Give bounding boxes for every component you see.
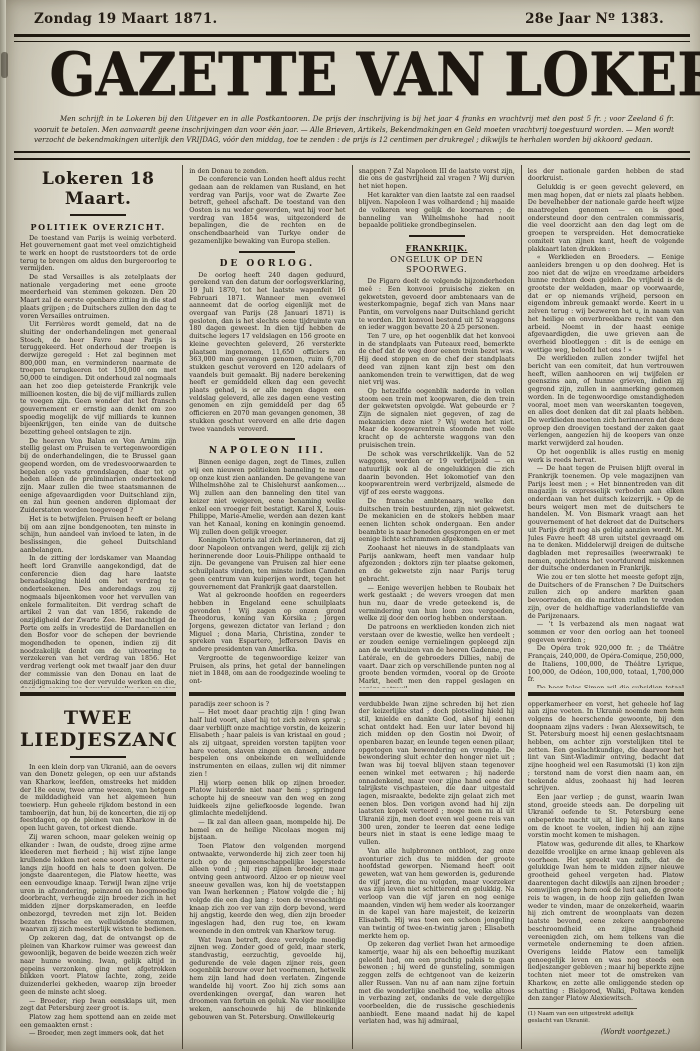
paragraph: — Broeder, men zegt immers ook, dat het [20,1030,176,1038]
paragraph: Toen Platow den volgenden morgend ontwaa… [189,843,345,935]
paragraph: De oorlog heeft 240 dagen geduurd, gerek… [189,272,345,434]
paragraph: De werklieden zullen zonder twijfel het … [528,355,684,447]
paragraph: Uit Ferrières wordt gemeld, dat na de sl… [20,321,176,437]
paragraph: De fransche ambtenaars, welke den duitsc… [359,498,515,544]
column-2: in den Donau te zenden.De conferencie va… [182,165,351,1049]
feuilleton-separator-rule [189,692,345,696]
section-heading: DE OORLOG. [189,259,345,269]
paragraph: Vergrootte de tegenwoordige keizer van P… [189,655,345,686]
section-divider [239,251,295,253]
paragraph: — De haat tegen de Pruisen blijft overal… [528,465,684,573]
dateline: Zondag 19 Maart 1871. [34,11,218,27]
column-1: Lokeren 18 Maart.POLITIEK OVERZICHT.De t… [14,165,182,1049]
paragraph: Wat Iwan betreft, deze vervolgde moedig … [189,937,345,1022]
footnote: (1) Naam van een uitgestrekt adellijk ge… [528,1008,637,1025]
paragraph: — Broeder, riep Iwan eensklaps uit, men … [20,998,176,1013]
paragraph: Zoohaast het nieuws in de standplaats va… [359,545,515,584]
paragraph: In de zitting der lordskamer van Maandag… [20,555,176,687]
paragraph: Platow was, gedurende dit alles, te Khar… [528,841,684,1003]
paragraph: De patroons en werklieden konden zich ni… [359,624,515,687]
paragraph: De Figaro deelt de volgende bijzonderhed… [359,278,515,332]
paragraph: — Het moet daar prachtig zijn ! ging Iwa… [189,709,345,778]
issue-number: 28e Jaar Nº 1383. [525,11,664,27]
header-row: Zondag 19 Maart 1871. 28e Jaar Nº 1383. [6,0,700,27]
paragraph: — 't Is verbazend als men nagaat wat som… [528,621,684,644]
column-1-top-section: Lokeren 18 Maart.POLITIEK OVERZICHT.De t… [20,167,176,688]
newspaper-page: Zondag 19 Maart 1871. 28e Jaar Nº 1383. … [0,0,700,1051]
paragraph: De stad Versailles is als zetelplaats de… [20,274,176,320]
column-3-feuilleton-section: verdubbelde Iwan zijne schreden bij het … [359,700,515,1048]
article-subheading: ONGELUK OP DEN SPOORWEG. [359,255,515,275]
paragraph: in den Donau te zenden. [189,168,345,176]
section-divider [70,214,126,216]
paragraph: Ten 7 ure, op het oogenblik dat het konv… [359,333,515,387]
page-content: Zondag 19 Maart 1871. 28e Jaar Nº 1383. … [6,0,700,1051]
columns: Lokeren 18 Maart.POLITIEK OVERZICHT.De t… [14,165,690,1049]
section-heading: POLITIEK OVERZICHT. [20,222,176,232]
dateline-heading: Lokeren 18 Maart. [20,169,176,209]
feuilleton-separator-rule [528,692,684,696]
paragraph: — Ik zal dan alleen gaan, mompelde hij. … [189,819,345,842]
paragraph: Op hetzelfde oogenblik naderde in vollen… [359,388,515,450]
paragraph: De heeren Von Balan en Von Arnim zijn st… [20,438,176,515]
paragraph: Wat al gekroonde hoofden en regeerders h… [189,592,345,654]
paragraph: Op het oogenblik is alles rustig en meni… [528,449,684,464]
paragraph: Gelukkig is er geen gevecht geleverd, en… [528,184,684,253]
paragraph: paradijs zeer schoon is ? [189,701,345,709]
column-3-top-section: snappen ? Zal Napoleon III de laatste vo… [359,167,515,688]
paragraph: verdubbelde Iwan zijne schreden bij het … [359,701,515,847]
column-2-top-section: in den Donau te zenden.De conferencie va… [189,167,345,688]
paragraph: In een klein dorp van Ukranië, aan de oe… [20,764,176,833]
column-4-feuilleton-section: opperkamerheer en vorst, het geheele hof… [528,700,684,1048]
paragraph: « Werklieden en Broeders. — Eenige aanle… [528,254,684,354]
masthead-wrap: GAZETTE VAN LOKEREN. [6,45,700,107]
paragraph: Binnen eenige dagen, zegt de Times, zull… [189,459,345,536]
paragraph: — Eenige weverijen hebben te Roubaix het… [359,585,515,624]
paragraph: Zij waren schoon, maar geleken weinig op… [20,834,176,934]
paragraph: Op zekeren dag verliet Iwan het armoedig… [359,941,515,1026]
paragraph: les der nationale garden hebben de stad … [528,168,684,183]
paragraph: De heer Jules Simon wil die subsidien to… [528,685,684,688]
newspaper-title: GAZETTE VAN LOKEREN. [49,45,700,105]
section-divider [239,438,295,440]
feuilleton-title: TWEE LIEDJESZANGERS. [20,707,176,751]
paragraph: Van alle hulpbronnen ontbloot, zag onze … [359,848,515,940]
paragraph: Het is te betwijfelen. Pruisen heeft er … [20,516,176,555]
paragraph: Op zekeren dag, dat de ontvangst op de p… [20,935,176,997]
paragraph: Een jaar verliep ; de gunst, waarin Iwan… [528,794,684,840]
feuilleton-separator-rule [20,692,176,696]
column-4-top-section: les der nationale garden hebben de stad … [528,167,684,688]
paragraph: De conferencie van Londen heeft aldus re… [189,176,345,245]
column-1-feuilleton-section: TWEE LIEDJESZANGERS.In een klein dorp va… [20,700,176,1048]
paragraph: opperkamerheer en vorst, het geheele hof… [528,701,684,793]
paragraph: Hij wierp eenen blik op zijnen broeder. … [189,780,345,819]
paragraph: Koningin Victoria zal zich herinneren, d… [189,537,345,591]
column-2-feuilleton-section: paradijs zeer schoon is ?— Het moet daar… [189,700,345,1048]
section-divider [409,235,465,237]
column-3: snappen ? Zal Napoleon III de laatste vo… [352,165,521,1049]
subscription-notice: Men schrijft in te Lokeren bij den Uitge… [34,114,674,146]
column-4: les der nationale garden hebben de stad … [521,165,690,1049]
feuilleton-separator-rule [359,692,515,696]
masthead-bottom-rule [14,151,690,160]
section-divider [70,756,126,758]
section-heading: NAPOLEON III. [189,446,345,456]
paragraph: De Opéra trok 920,000 fr. ; de Théâtre F… [528,645,684,684]
article-heading: FRANKRIJK. [359,243,515,253]
continuation-notice: (Wordt voortgezet.) [528,1028,670,1036]
paragraph: De schok was verschrikkelijk. Van de 52 … [359,451,515,497]
paragraph: Wie zou er ten slotte het meeste gefopt … [528,574,684,620]
paragraph: snappen ? Zal Napoleon III de laatste vo… [359,168,515,191]
paragraph: Het karakter van dien laatste zal een ra… [359,192,515,231]
paragraph: De toestand van Parijs is weinig verbete… [20,235,176,274]
paragraph: Platow zag hem spottend aan en zeide met… [20,1014,176,1029]
